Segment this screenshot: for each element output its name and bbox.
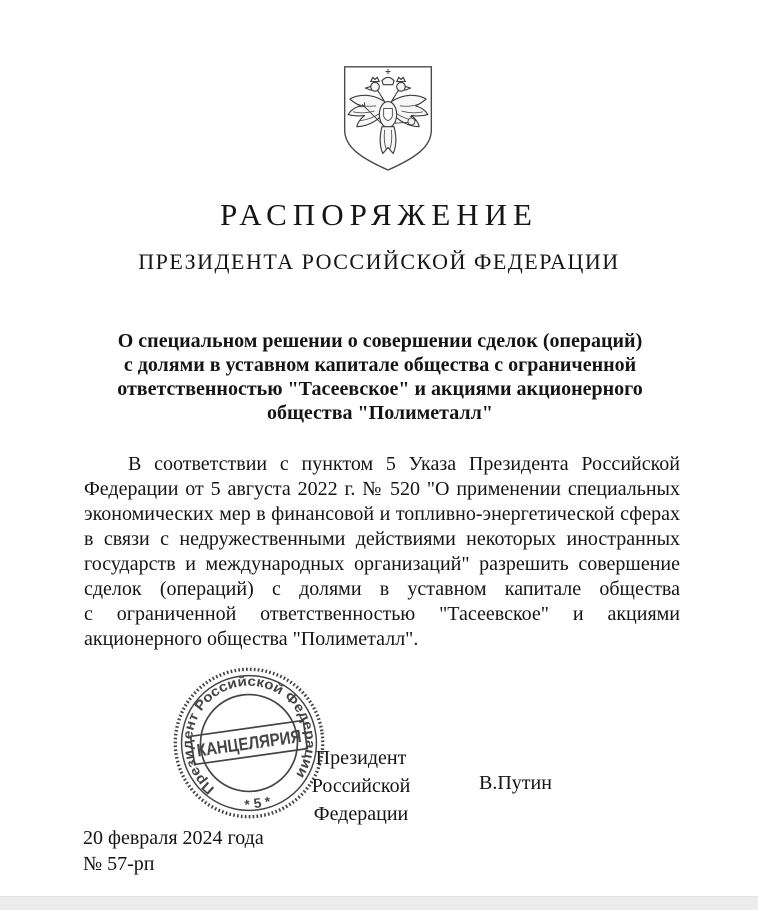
body-line: экономических мер в финансовой и топливн… — [84, 502, 680, 527]
document-number: № 57-рп — [83, 853, 154, 876]
document-date: 20 февраля 2024 года — [83, 827, 264, 850]
signature-name: В.Путин — [479, 772, 552, 795]
doc-type-title: РАСПОРЯЖЕНИЕ — [0, 197, 758, 233]
document-page: РАСПОРЯЖЕНИЕ ПРЕЗИДЕНТА РОССИЙСКОЙ ФЕДЕР… — [0, 0, 758, 910]
stamp-center-text: КАНЦЕЛЯРИЯ — [195, 726, 302, 760]
body-line: государств и международных организаций" … — [84, 552, 680, 577]
subject-line: О специальном решении о совершении сдело… — [84, 329, 676, 353]
subject-line: общества "Полиметалл" — [84, 401, 676, 425]
subject-line: с долями в уставном капитале общества с … — [84, 353, 676, 377]
body-line: с ограниченной ответственностью "Тасеевс… — [84, 602, 680, 627]
chancellery-stamp-icon: Президент Российской Федерации КАНЦЕЛЯРИ… — [160, 654, 338, 832]
scan-edge-band — [0, 896, 758, 910]
stamp-bottom-text: * 5 * — [244, 794, 272, 813]
body-line: Федерации от 5 августа 2022 г. № 520 "О … — [84, 477, 680, 502]
subject-line: ответственностью "Тасеевское" и акциями … — [84, 377, 676, 401]
doc-issuer-subtitle: ПРЕЗИДЕНТА РОССИЙСКОЙ ФЕДЕРАЦИИ — [0, 249, 758, 275]
body-line: В соответствии с пунктом 5 Указа Президе… — [84, 452, 680, 477]
body-paragraph: В соответствии с пунктом 5 Указа Президе… — [84, 452, 680, 652]
body-line: в связи с недружественными действиями не… — [84, 527, 680, 552]
subject-heading: О специальном решении о совершении сдело… — [84, 329, 676, 425]
body-line: акционерного общества "Полиметалл". — [84, 627, 680, 652]
russian-coat-of-arms-icon — [336, 57, 440, 179]
body-line: сделок (операций) с долями в уставном ка… — [84, 577, 680, 602]
